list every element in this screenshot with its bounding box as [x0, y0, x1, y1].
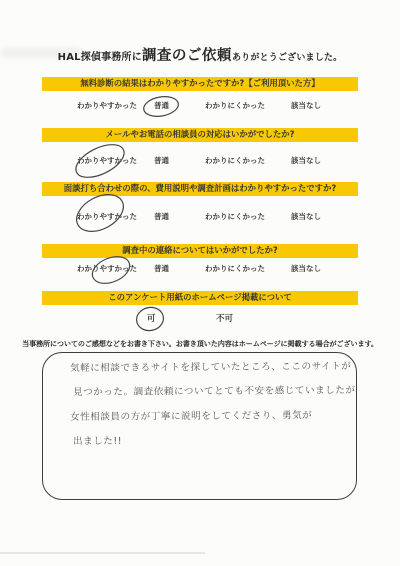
title-suffix: ありがとうございました。 — [232, 53, 342, 63]
q3-option-wakarinikukatta: わかりにくかった — [205, 211, 265, 222]
title-prefix: HAL探偵事務所に — [58, 52, 142, 63]
q4-option-futsuu: 普通 — [154, 263, 169, 274]
q1-option-gaitounashi: 該当なし — [291, 100, 321, 111]
q2-option-wakarinikukatta: わかりにくかった — [205, 155, 265, 166]
q2-option-gaitounashi: 該当なし — [291, 155, 321, 166]
q4-option-wakarinikukatta: わかりにくかった — [205, 263, 265, 274]
q1-option-wakarinikukatta: わかりにくかった — [205, 100, 265, 111]
question-4-heading-bar: 調査中の連絡についてはいかがでしたか? — [42, 244, 358, 258]
handwritten-comment-box — [42, 352, 357, 500]
question-2-heading-bar: メールやお電話の相談員の対応はいかがでしたか? — [42, 128, 358, 142]
title-main: 調査のご依頼 — [142, 48, 232, 64]
q1-option-wakariyasukatta: わかりやすかった — [77, 100, 137, 111]
question-5-heading: このアンケート用紙のホームページ掲載について — [108, 292, 291, 302]
question-2-heading: メールやお電話の相談員の対応はいかがでしたか? — [106, 129, 295, 139]
scanned-survey-page: HAL探偵事務所に調査のご依頼ありがとうございました。 無料診断の結果はわかりや… — [0, 0, 400, 566]
q2-option-futsuu: 普通 — [154, 155, 169, 166]
q3-option-futsuu: 普通 — [154, 211, 169, 222]
q2-option-wakariyasukatta: わかりやすかった — [77, 155, 137, 166]
question-1-heading: 無料診断の結果はわかりやすかったですか?【ご利用頂いた方】 — [80, 78, 319, 88]
question-5-heading-bar: このアンケート用紙のホームページ掲載について — [42, 291, 358, 305]
q3-option-wakariyasukatta: わかりやすかった — [77, 211, 137, 222]
q5-option-fuka: 不可 — [216, 312, 233, 324]
comment-instruction: 当事務所についてのご感想などをお書き下さい。お書き頂いた内容はホームページに掲載… — [20, 339, 380, 349]
question-1-heading-bar: 無料診断の結果はわかりやすかったですか?【ご利用頂いた方】 — [42, 77, 358, 91]
q3-option-gaitounashi: 該当なし — [291, 211, 321, 222]
q4-option-gaitounashi: 該当なし — [291, 263, 321, 274]
handwritten-line-3: 女性相談員の方が丁寧に説明をしてくださり、勇気が — [70, 407, 312, 423]
handwritten-line-1: 気軽に相談できるサイトを探していたところ、ここのサイトが — [70, 358, 351, 374]
question-3-heading-bar: 面談打ち合わせの際の、費用説明や調査計画はわかりやすかったですか? — [42, 182, 358, 196]
handwritten-line-4: 出ました!! — [73, 433, 122, 447]
q5-option-ka: 可 — [147, 312, 156, 324]
question-4-heading: 調査中の連絡についてはいかがでしたか? — [122, 245, 277, 255]
q1-option-futsuu: 普通 — [154, 100, 169, 111]
page-title: HAL探偵事務所に調査のご依頼ありがとうございました。 — [0, 44, 400, 65]
scan-artifact-line — [0, 552, 205, 554]
question-3-heading: 面談打ち合わせの際の、費用説明や調査計画はわかりやすかったですか? — [64, 183, 337, 193]
handwritten-line-2: 見つかった。調査依頼についてとても不安を感じていましたが — [73, 382, 356, 398]
q4-option-wakariyasukatta: わかりやすかった — [77, 263, 137, 274]
